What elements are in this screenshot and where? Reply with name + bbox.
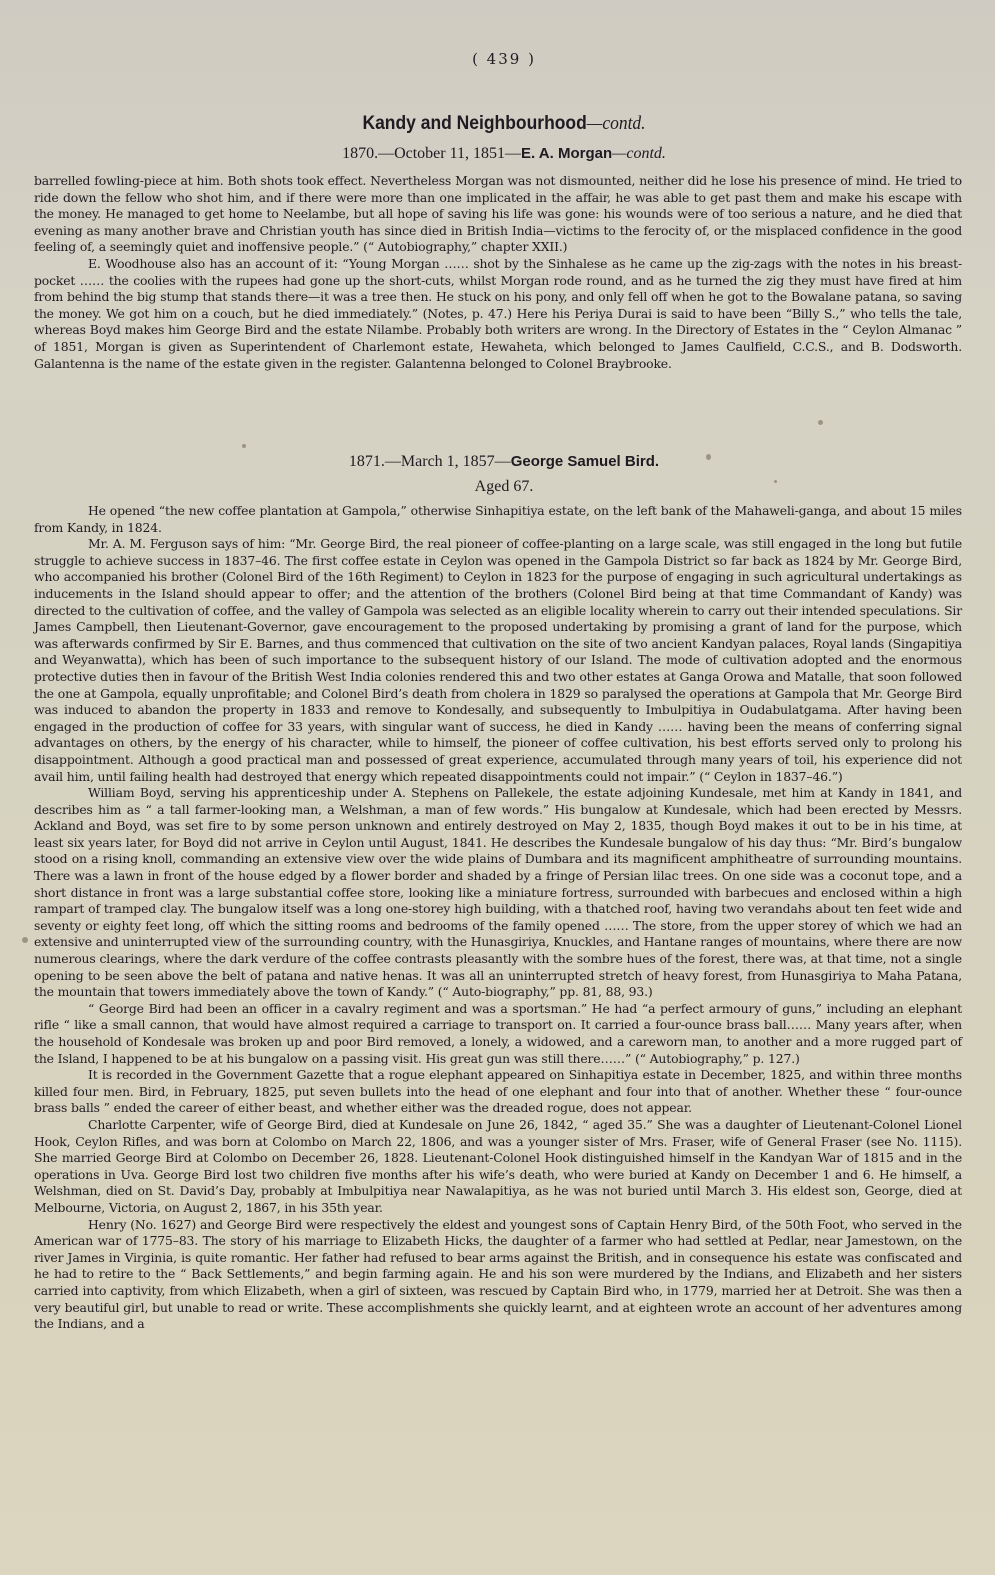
paragraph: Mr. A. M. Ferguson says of him: “Mr. Geo… (34, 536, 962, 785)
paragraph: He opened “the new coffee plantation at … (34, 503, 962, 536)
entry-subheading-age: Aged 67. (34, 478, 974, 496)
paper-speck (818, 420, 823, 425)
section-title-contd: —contd. (587, 113, 646, 134)
paragraph: “ George Bird had been an officer in a c… (34, 1001, 962, 1067)
paragraph: William Boyd, serving his apprenticeship… (34, 785, 962, 1001)
paragraph: E. Woodhouse also has an account of it: … (34, 256, 962, 372)
entry-1871-body: He opened “the new coffee plantation at … (34, 503, 962, 1333)
page-number: ( 439 ) (34, 50, 974, 68)
entry-heading-date: 1870.—October 11, 1851— (342, 145, 521, 162)
entry-1870-body: barrelled fowling-piece at him. Both sho… (34, 173, 962, 372)
entry-heading-date: 1871.—March 1, 1857— (349, 453, 511, 470)
paragraph: barrelled fowling-piece at him. Both sho… (34, 173, 962, 256)
entry-heading-contd: —contd. (612, 145, 666, 162)
entry-heading-name: E. A. Morgan (521, 145, 612, 162)
paper-speck (22, 937, 28, 943)
paper-speck (774, 480, 777, 483)
entry-heading-1870: 1870.—October 11, 1851—E. A. Morgan—cont… (34, 145, 974, 163)
entry-heading-1871: 1871.—March 1, 1857—George Samuel Bird. (34, 453, 974, 471)
section-title-text: Kandy and Neighbourhood (362, 113, 586, 134)
paper-speck (242, 444, 246, 448)
paragraph: Henry (No. 1627) and George Bird were re… (34, 1217, 962, 1333)
paper-speck (706, 454, 711, 460)
paragraph: It is recorded in the Government Gazette… (34, 1067, 962, 1117)
section-title: Kandy and Neighbourhood—contd. (72, 113, 937, 135)
entry-heading-name: George Samuel Bird. (511, 453, 659, 470)
paragraph: Charlotte Carpenter, wife of George Bird… (34, 1117, 962, 1217)
